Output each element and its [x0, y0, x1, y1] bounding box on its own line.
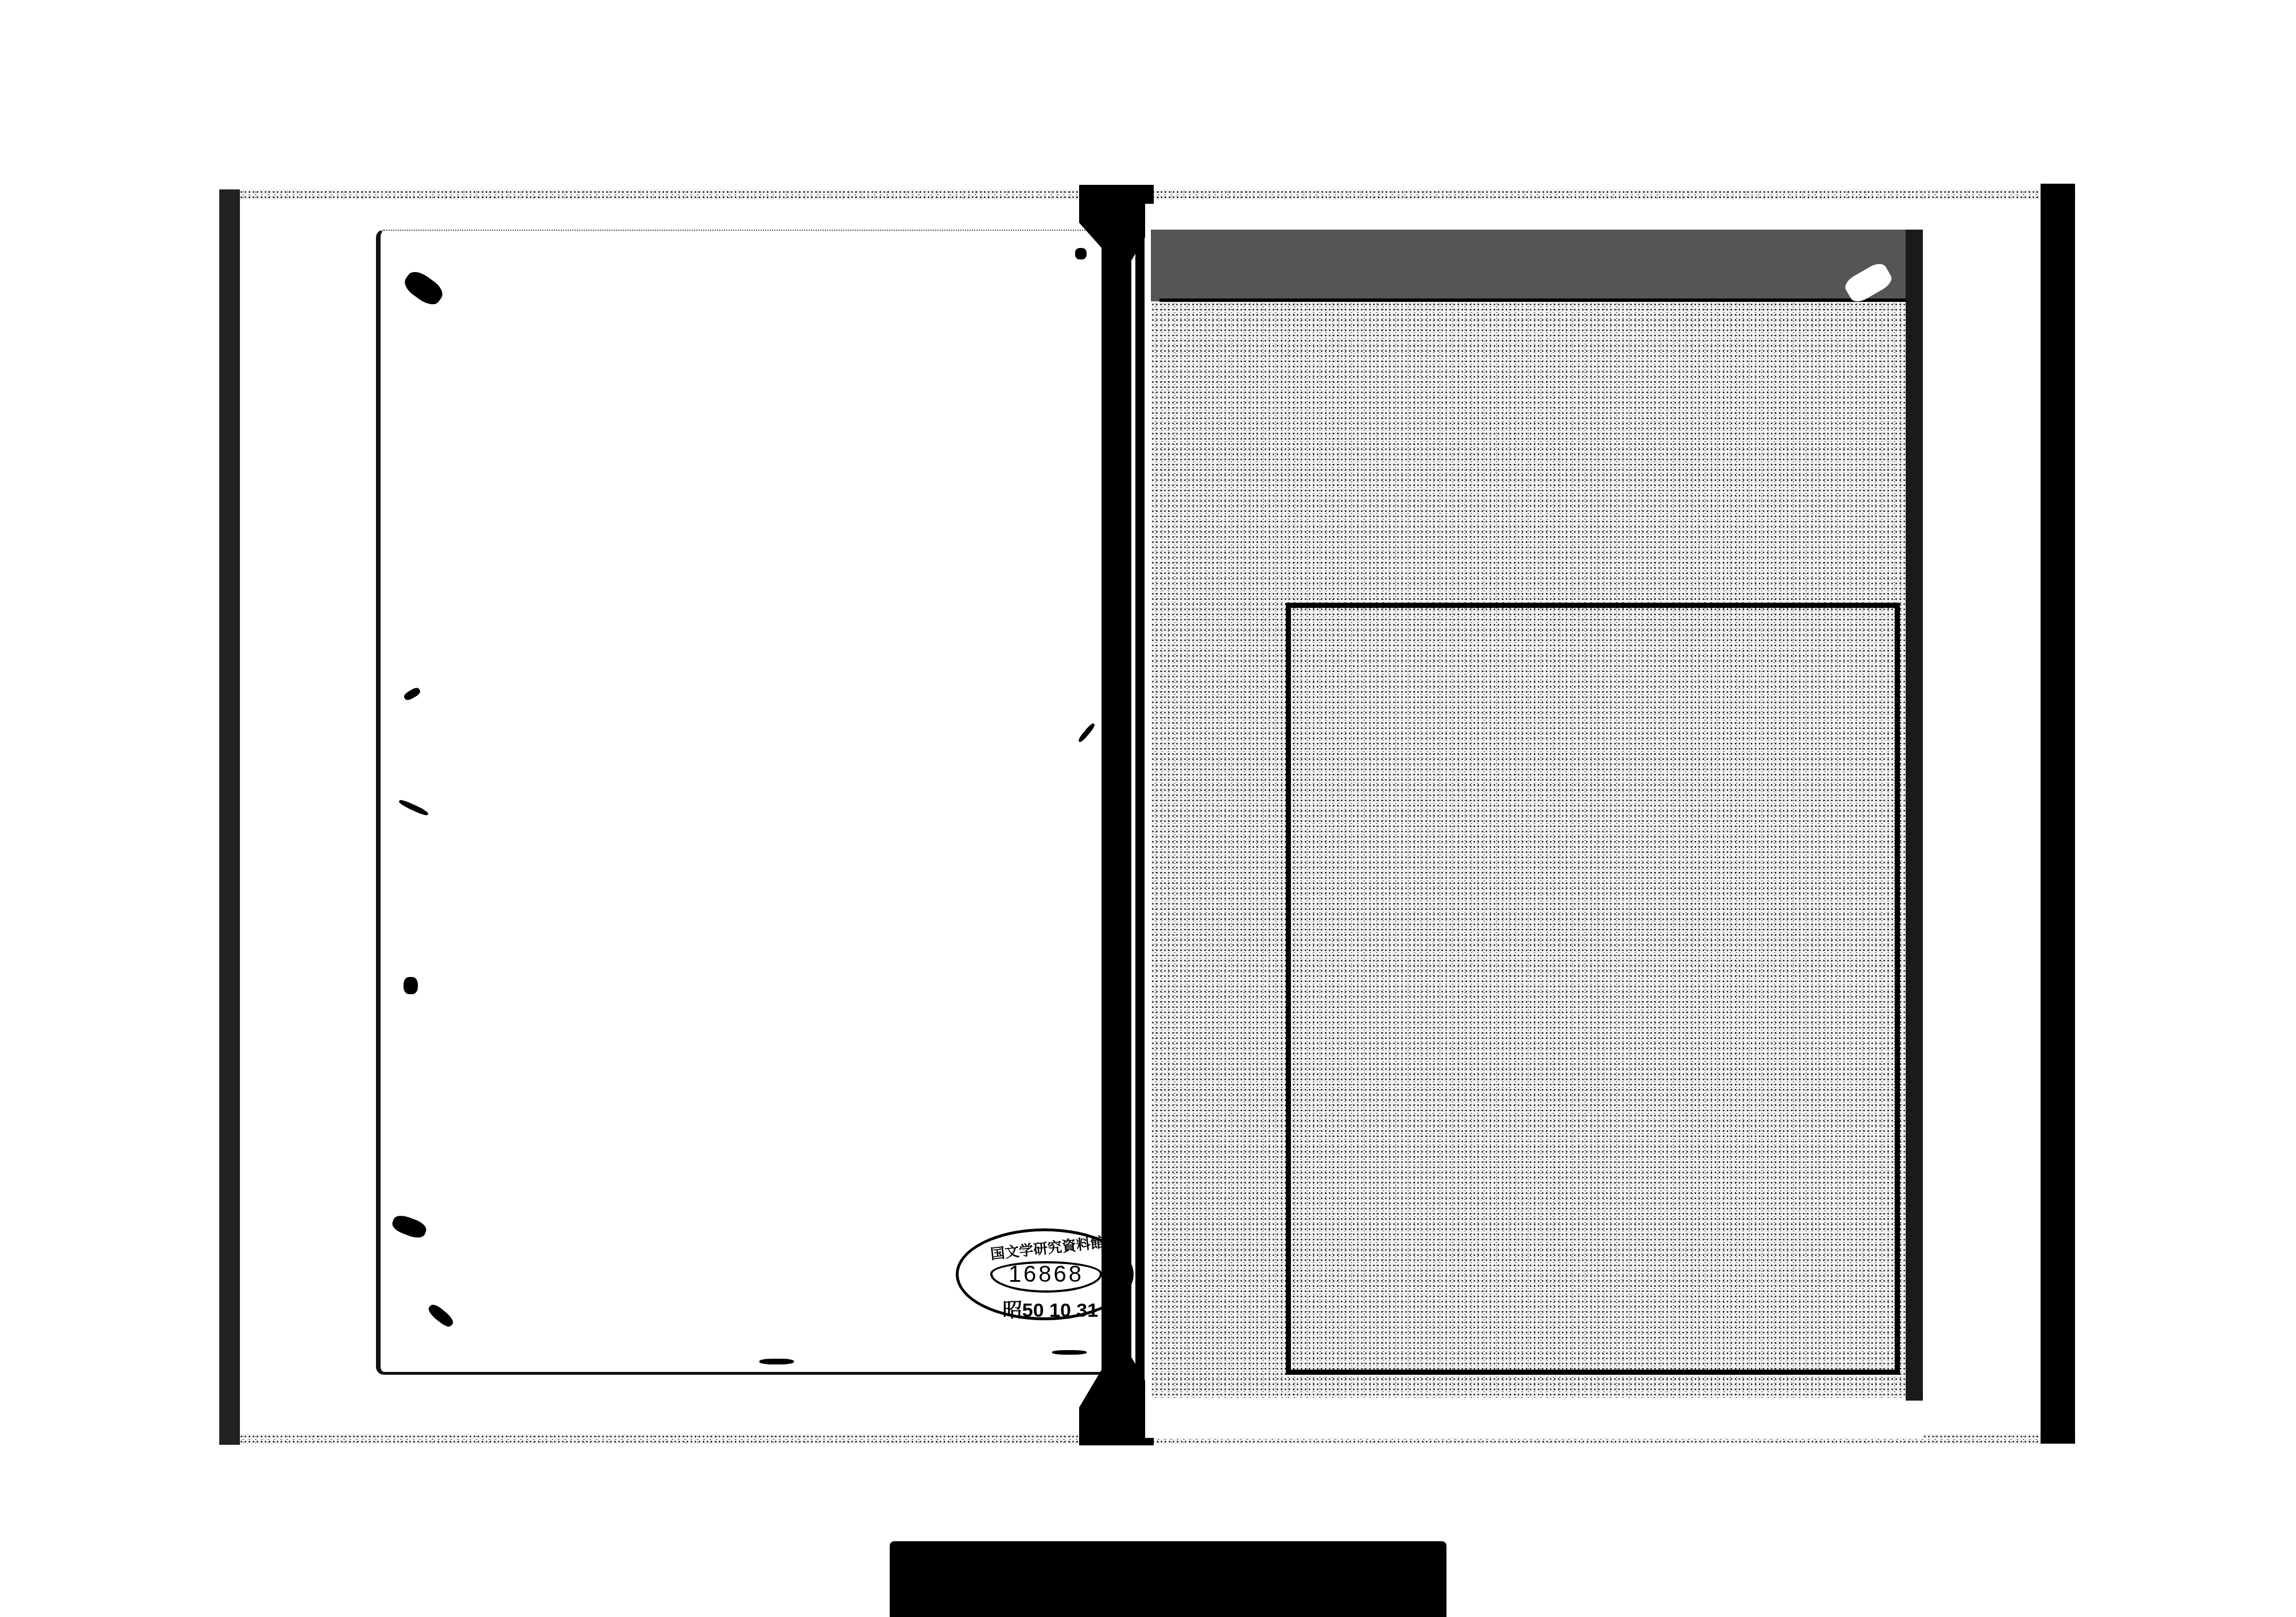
cover-top-band: [1151, 230, 1920, 301]
spine-gutter: [1135, 189, 1145, 1435]
cover-rule-line: [1159, 298, 1917, 302]
faded-cover-writing: [1223, 396, 1693, 580]
ink-spot: [1075, 248, 1087, 259]
scan-label-strip: [890, 1541, 1446, 1617]
frame-left-edge: [219, 189, 240, 1445]
wormhole-damage: [398, 798, 429, 817]
wormhole-damage: [404, 977, 418, 994]
wormhole-damage: [1077, 722, 1096, 743]
wormhole-damage: [426, 1302, 455, 1329]
wormhole-damage: [403, 686, 422, 701]
wormhole-damage: [1052, 1350, 1087, 1355]
wormhole-damage: [401, 267, 447, 309]
wormhole-damage: [759, 1359, 794, 1364]
left-page-endpaper: [376, 230, 1134, 1375]
title-slip-frame: [1286, 603, 1900, 1375]
stamp-accession-number: 16868: [990, 1262, 1102, 1288]
wormhole-damage: [390, 1213, 429, 1241]
title-slip: [1291, 608, 1895, 1370]
frame-right-edge: [2041, 184, 2075, 1444]
stamp-organization: 国文学研究資料館: [975, 1230, 1120, 1265]
cover-right-edge: [1906, 230, 1923, 1401]
